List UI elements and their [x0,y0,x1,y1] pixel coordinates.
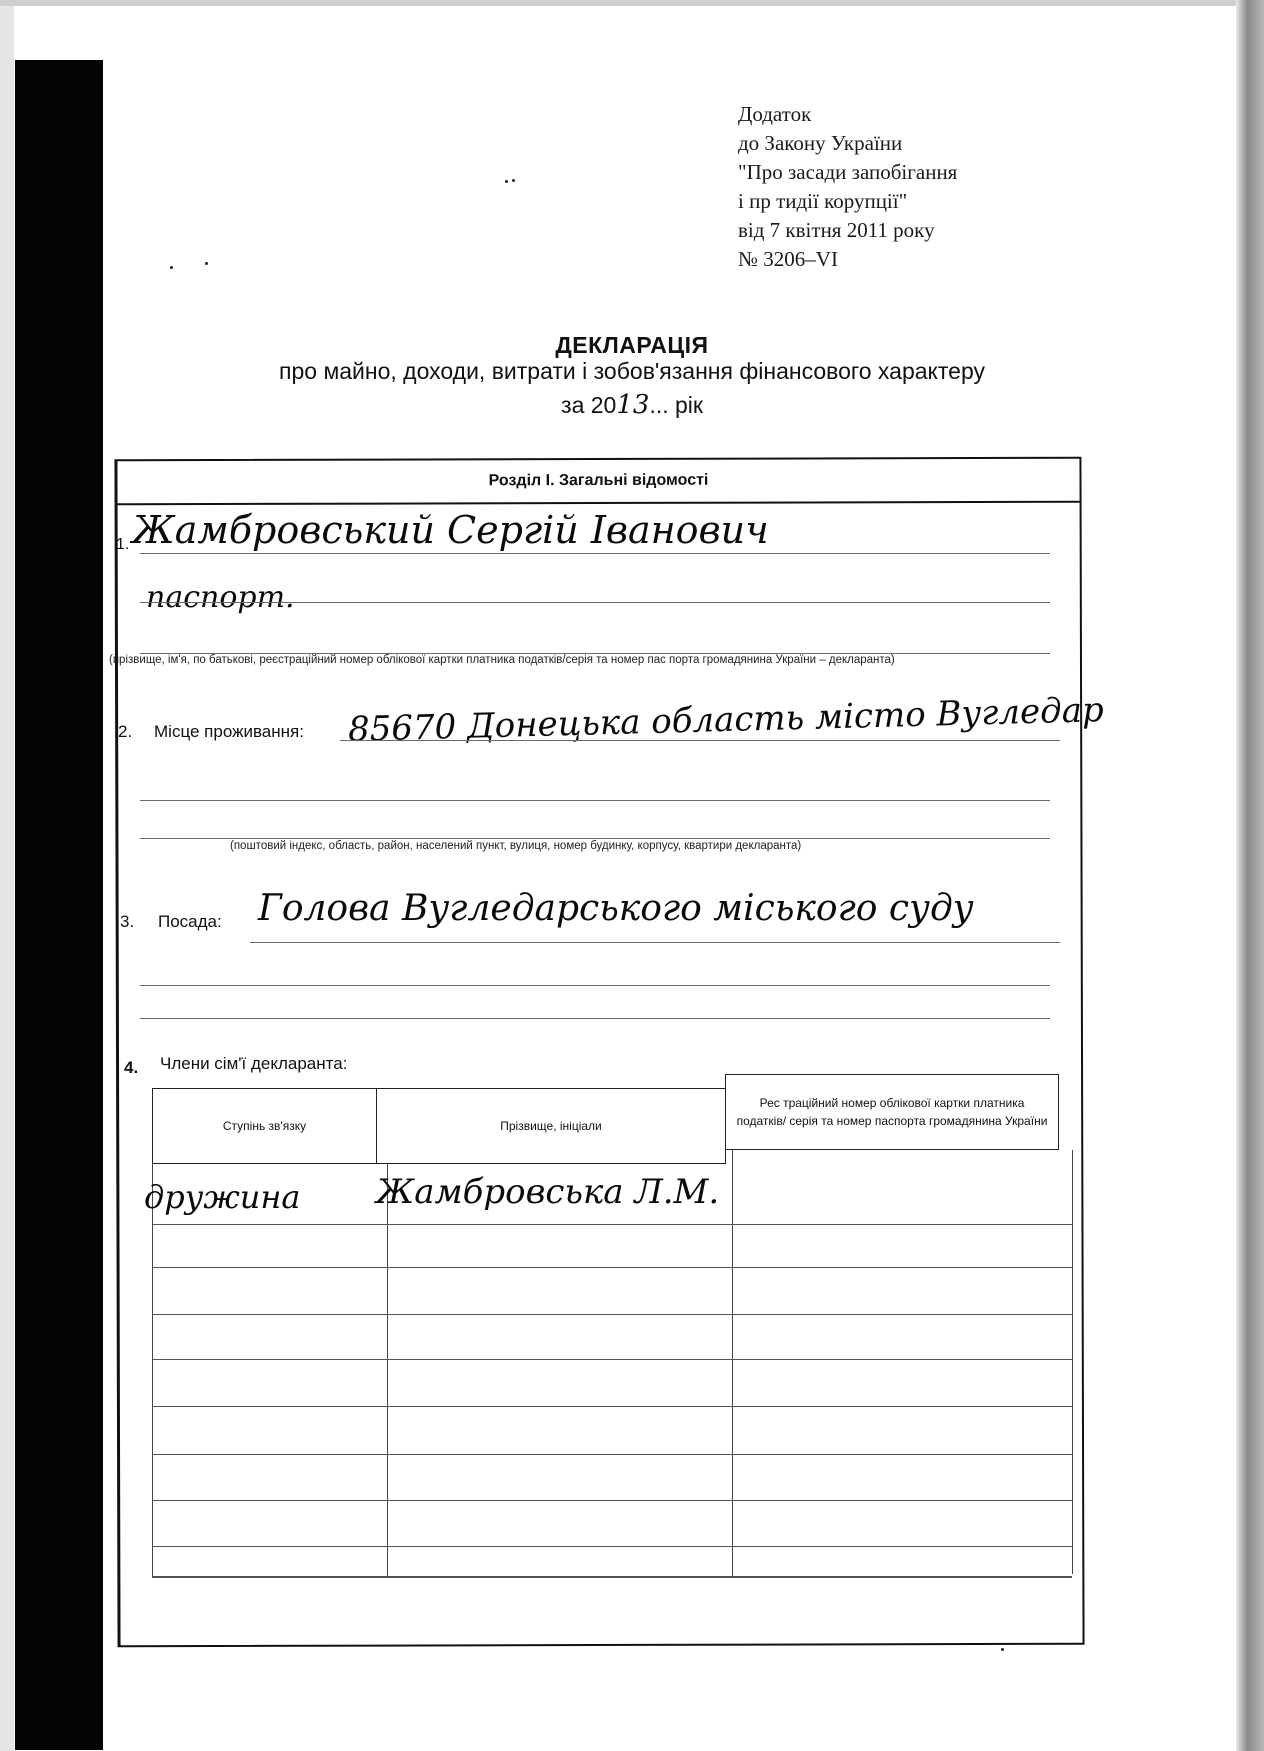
fill-line [140,602,1050,603]
appendix-line: і пр тидії корупції" [738,187,957,216]
scan-top-margin [0,0,1264,6]
table-border [387,1164,388,1578]
document-title: ДЕКЛАРАЦІЯ [0,332,1264,359]
position-value: Голова Вугледарського міського суду [258,888,974,929]
fill-line [140,800,1050,801]
table-row-line [152,1546,1072,1547]
table-row-line [152,1267,1072,1268]
table-border [1072,1150,1073,1574]
fill-line [340,740,1060,741]
section-header: Розділ І. Загальні відомості [117,459,1079,506]
table-row-relation: дружина [144,1178,300,1216]
item3-label: Посада: [158,912,222,932]
declarant-name: Жамбровський Сергій Іванович [132,508,769,552]
scan-speck [1001,1648,1004,1651]
declaration-year: за 2013... рік [0,390,1264,420]
scan-speck [205,262,208,265]
scan-speck [512,179,515,182]
table-row-line [152,1454,1072,1455]
scan-left-margin [0,0,14,1751]
item3-number: 3. [120,912,134,932]
table-row-line [152,1314,1072,1315]
year-handwritten: 13 [616,390,649,420]
appendix-line: № 3206–VI [738,245,957,274]
scan-speck [170,266,173,269]
table-row-line [152,1500,1072,1501]
document-subtitle: про майно, доходи, витрати і зобов'язанн… [0,358,1264,385]
item4-label: Члени сім'ї декларанта: [160,1054,347,1074]
scan-binding-shadow [15,60,103,1750]
scan-right-margin [1236,0,1264,1751]
item2-caption: (поштовий індекс, область, район, населе… [230,840,801,852]
table-bottom-line [152,1576,1072,1578]
item2-label: Місце проживання: [154,722,304,742]
item1-caption: (прізвище, ім'я, по батькові, реєстрацій… [109,654,895,666]
item2-number: 2. [118,722,132,742]
item1-number: 1. [116,536,129,554]
year-prefix: за 20 [561,392,616,418]
fill-line [250,942,1060,943]
scan-speck [505,180,508,183]
column-header-name: Прізвище, ініціали [376,1088,726,1164]
table-row-line [152,1224,1072,1225]
fill-line [140,1018,1050,1019]
family-members-table: Ступінь зв'язку Прізвище, ініціали Рес т… [152,1074,1072,1584]
appendix-line: "Про засади запобігання [738,158,957,187]
appendix-line: від 7 квітня 2011 року [738,216,957,245]
fill-line [140,838,1050,839]
appendix-line: до Закону України [738,129,957,158]
table-border [152,1164,153,1578]
table-row-line [152,1406,1072,1407]
table-border [732,1150,733,1576]
declarant-document: паспорт. [146,580,295,615]
column-header-relation: Ступінь зв'язку [152,1088,377,1164]
column-header-tax-id: Рес траційний номер облікової картки пла… [725,1074,1059,1150]
appendix-line: Додаток [738,100,957,129]
item4-number: 4. [124,1058,138,1078]
table-row-name: Жамбровська Л.М. [376,1172,719,1212]
law-appendix-reference: Додаток до Закону України "Про засади за… [738,100,957,274]
table-row-line [152,1359,1072,1360]
fill-line [140,985,1050,986]
year-suffix: ... рік [649,392,703,418]
fill-line [140,553,1050,554]
